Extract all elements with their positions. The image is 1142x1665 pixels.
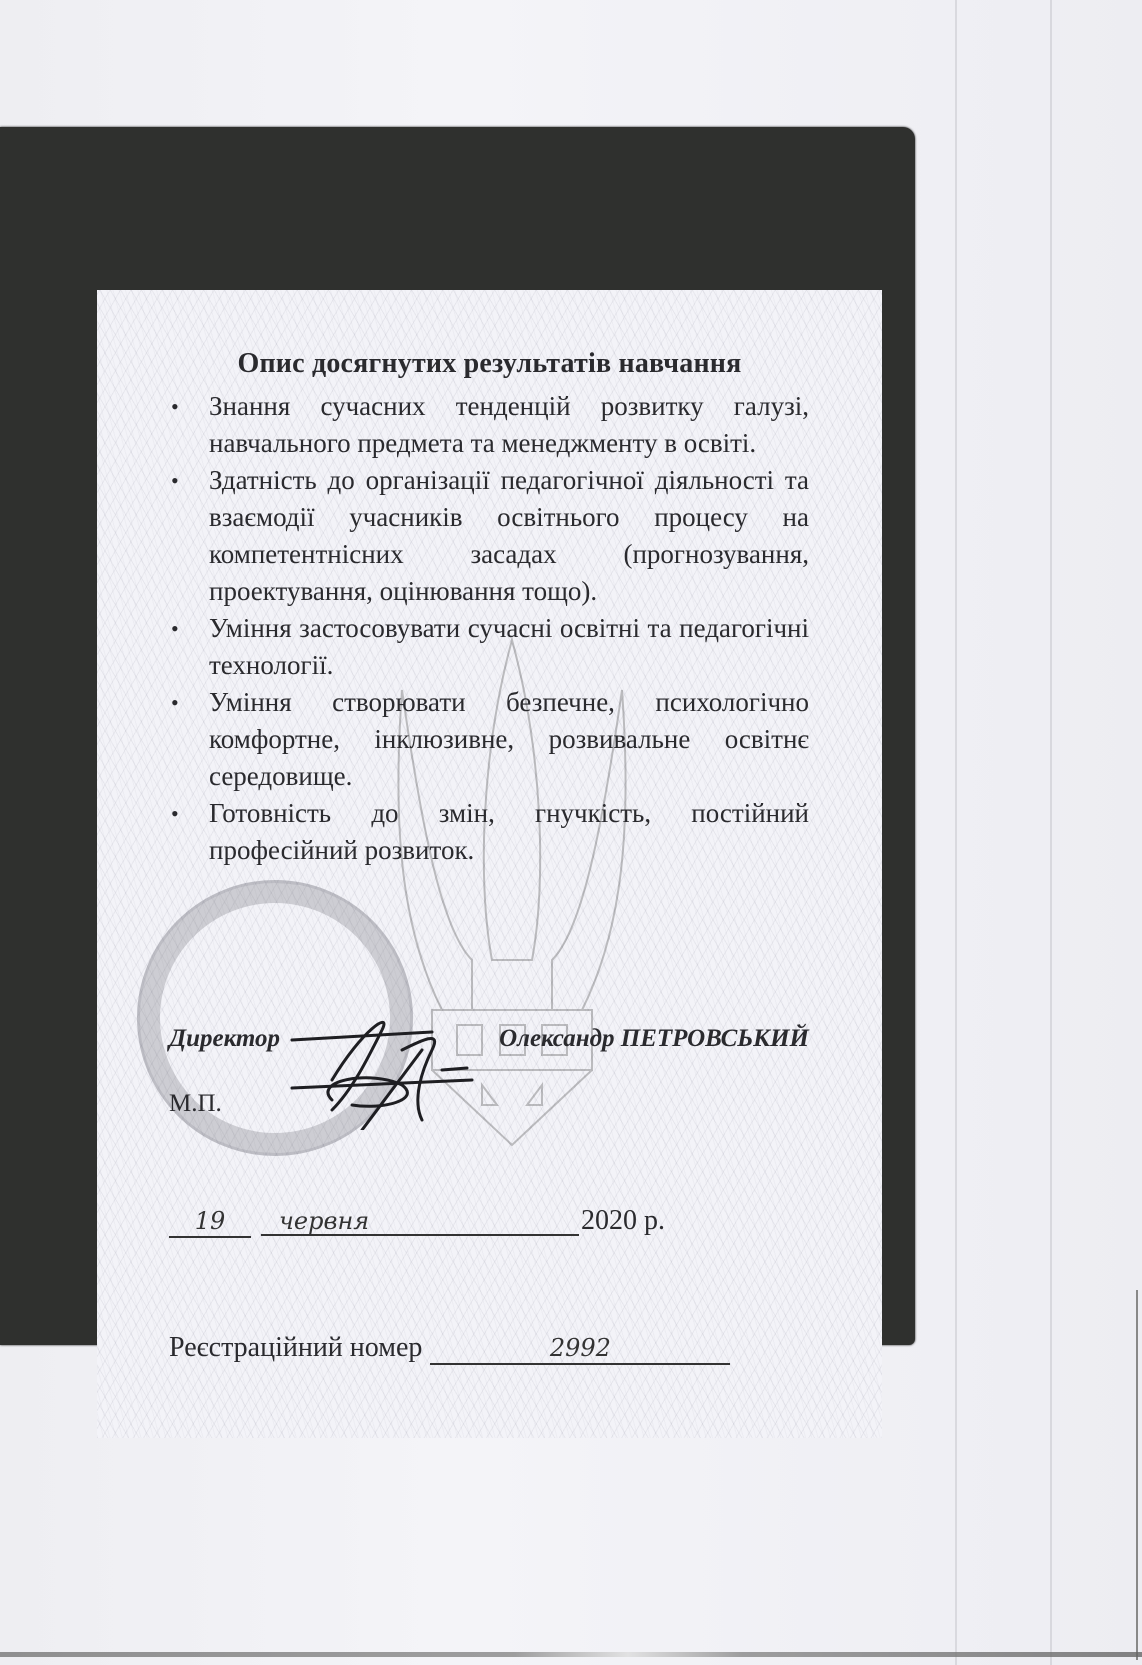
- list-item: • Знання сучасних тенденцій розвитку гал…: [169, 388, 809, 462]
- outcome-text: Знання сучасних тенденцій розвитку галуз…: [209, 391, 809, 458]
- list-item: • Уміння створювати безпечне, психологіч…: [169, 684, 809, 795]
- outcome-text: Уміння створювати безпечне, психологічно…: [209, 687, 809, 791]
- registration-label: Реєстраційний номер: [169, 1332, 422, 1363]
- bullet-icon: •: [171, 795, 179, 832]
- bullet-icon: •: [171, 610, 179, 647]
- scan-fold-line: [955, 0, 957, 1665]
- list-item: • Уміння застосовувати сучасні освітні т…: [169, 610, 809, 684]
- bullet-icon: •: [171, 388, 179, 425]
- scan-edge: [0, 1652, 1142, 1657]
- signatory-role: Директор: [169, 1025, 280, 1053]
- registration-number-field: 2992: [430, 1333, 730, 1365]
- handwritten-signature-icon: [272, 1010, 512, 1130]
- registration-number-row: Реєстраційний номер2992: [169, 1332, 730, 1365]
- scan-edge: [1136, 1290, 1138, 1660]
- outcome-text: Здатність до організації педагогічної ді…: [209, 465, 809, 606]
- document-page: Опис досягнутих результатів навчання • З…: [97, 290, 882, 1438]
- list-item: • Готовність до змін, гнучкість, постійн…: [169, 795, 809, 869]
- date-day-field: 19: [169, 1206, 251, 1238]
- list-item: • Здатність до організації педагогічної …: [169, 462, 809, 610]
- outcome-text: Готовність до змін, гнучкість, постійний…: [209, 798, 809, 865]
- bullet-icon: •: [171, 462, 179, 499]
- signatory-name: Олександр ПЕТРОВСЬКИЙ: [499, 1025, 809, 1053]
- page-title: Опис досягнутих результатів навчання: [97, 348, 882, 380]
- issue-date: 19червня2020 р.: [169, 1205, 665, 1245]
- learning-outcomes-list: • Знання сучасних тенденцій розвитку гал…: [169, 388, 809, 869]
- date-year: 2020 р.: [581, 1205, 665, 1236]
- bullet-icon: •: [171, 684, 179, 721]
- scan-fold-line: [1050, 0, 1052, 1665]
- outcome-text: Уміння застосовувати сучасні освітні та …: [209, 613, 809, 680]
- seal-label: М.П.: [169, 1090, 222, 1118]
- date-month-field: червня: [261, 1206, 579, 1236]
- document-cover-frame: Опис досягнутих результатів навчання • З…: [0, 127, 915, 1345]
